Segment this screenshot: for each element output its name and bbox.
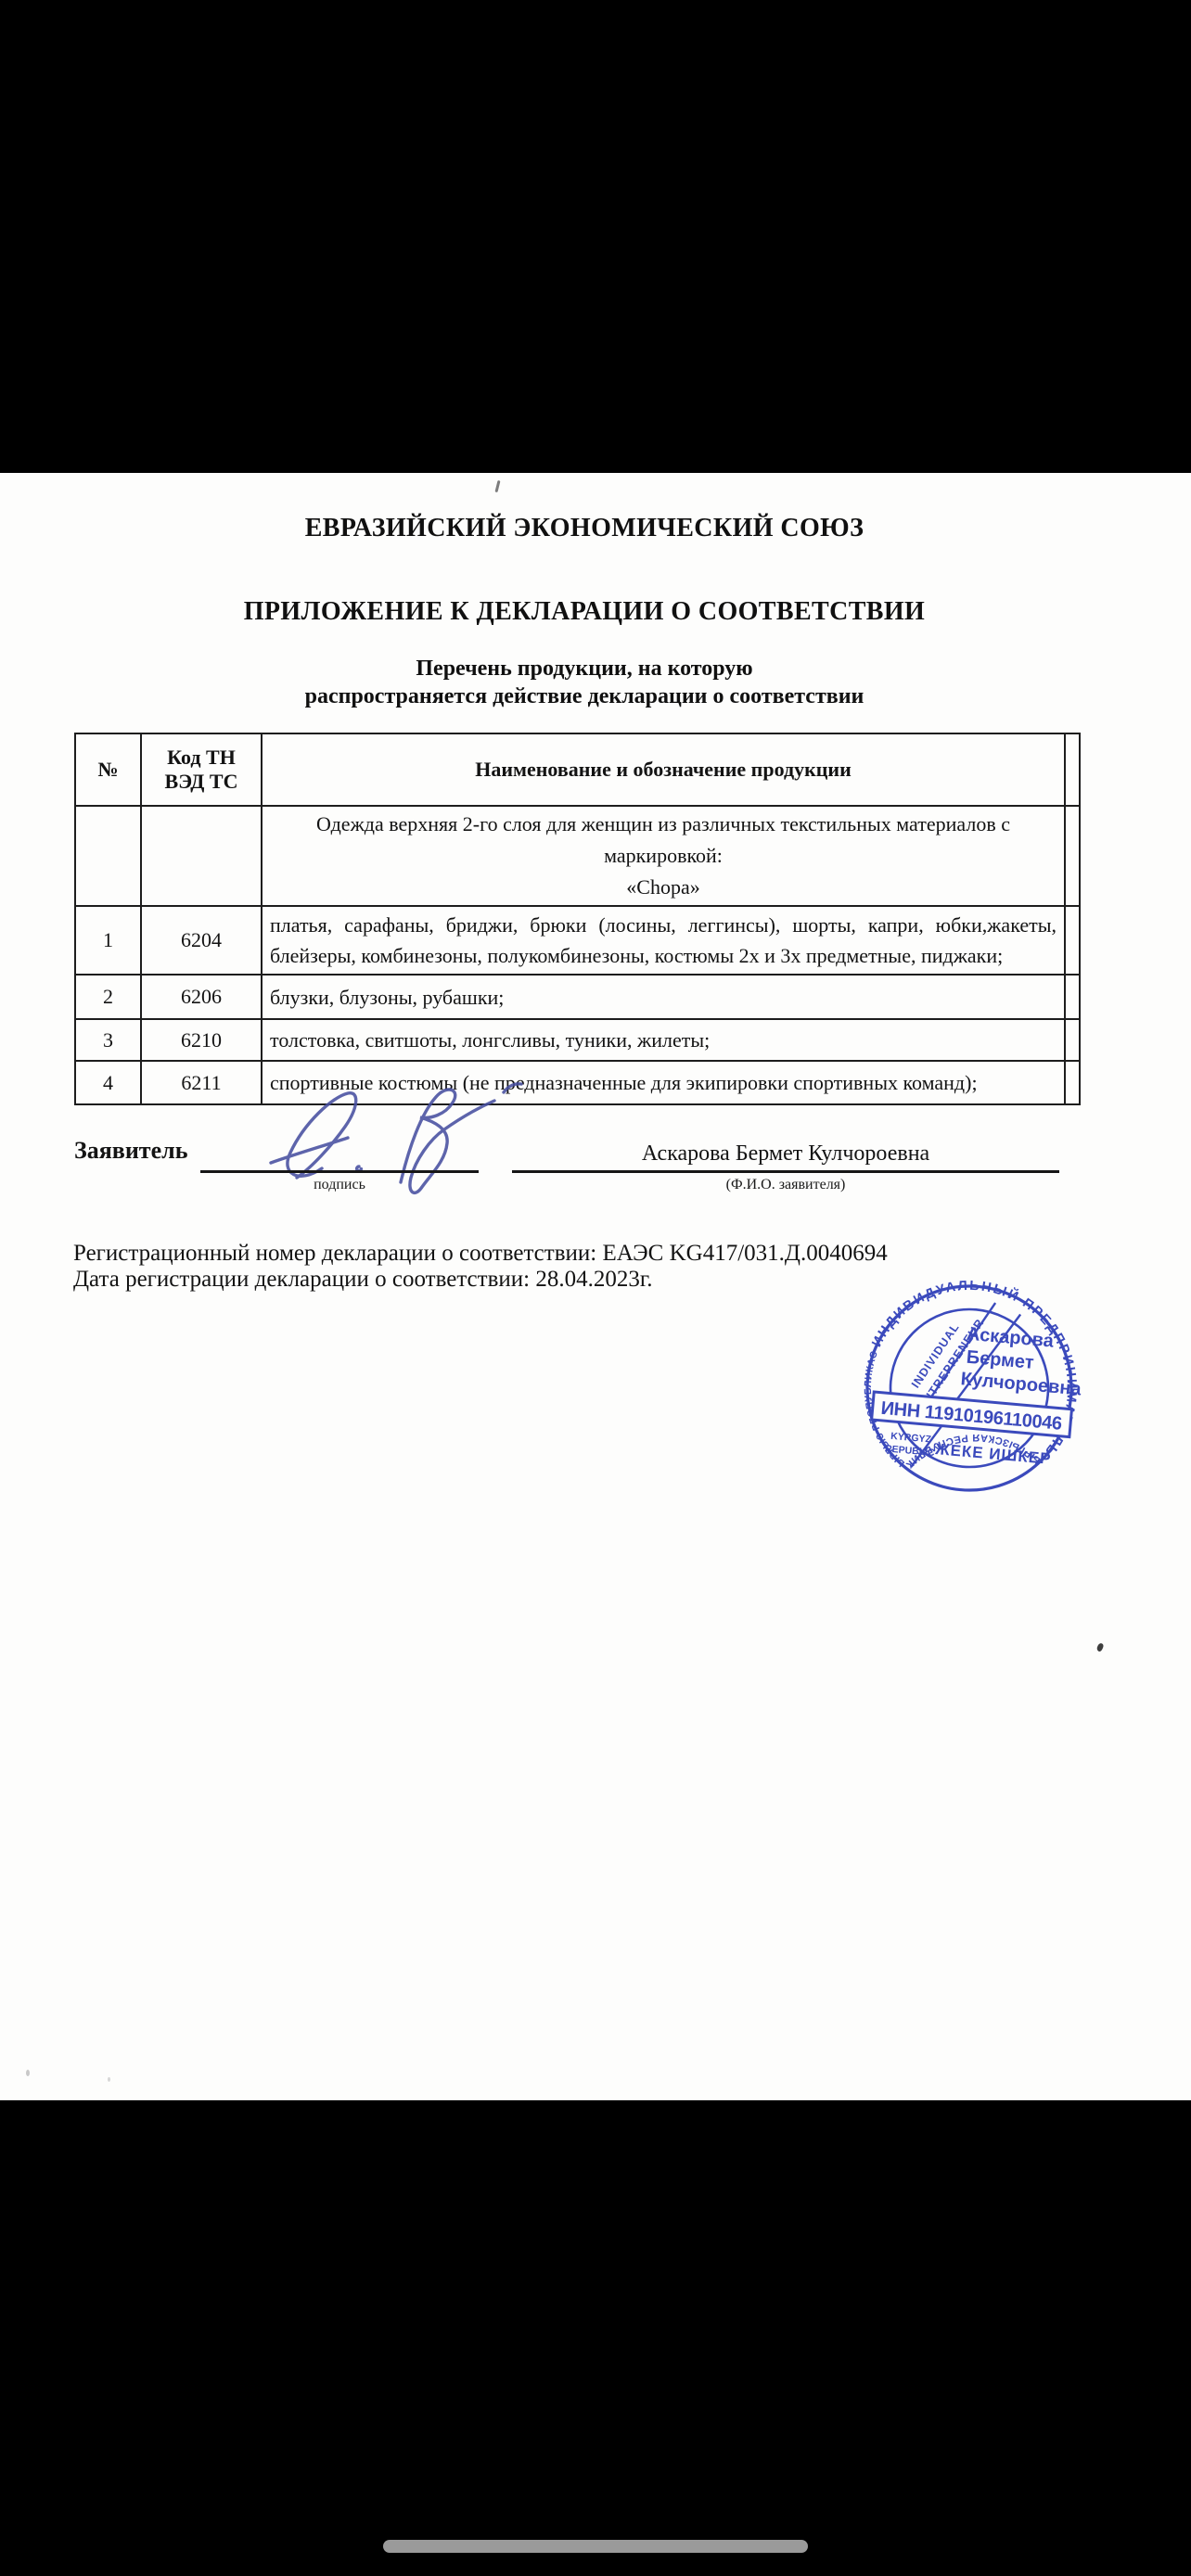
header-ghost-cell (1065, 733, 1080, 806)
registration-date-line: Дата регистрации декларации о соответств… (73, 1267, 653, 1293)
home-indicator[interactable] (383, 2540, 808, 2553)
applicant-name: Аскарова Бермет Кулчороевна (512, 1141, 1059, 1167)
header-cell-name: Наименование и обозначение продукции (262, 733, 1065, 806)
header-cell-code: Код ТН ВЭД ТС (141, 733, 262, 806)
registration-number-line: Регистрационный номер декларации о соотв… (73, 1241, 888, 1267)
row-number: 3 (75, 1019, 141, 1061)
table-header-row: № Код ТН ВЭД ТС Наименование и обозначен… (75, 733, 1080, 806)
header-code-line2: ВЭД ТС (149, 770, 253, 794)
row-code: 6210 (141, 1019, 262, 1061)
subtitle-line1: Перечень продукции, на которую (0, 655, 1169, 682)
marking-ghost-cell (1065, 806, 1080, 906)
header-code-line1: Код ТН (149, 746, 253, 770)
marking-empty-cell-2 (141, 806, 262, 906)
signature-line (200, 1170, 479, 1173)
table-row: 1 6204 платья, сарафаны, бриджи, брюки (… (75, 906, 1080, 975)
table-marking-row: Одежда верхняя 2-го слоя для женщин из р… (75, 806, 1080, 906)
scan-artifact-faint-dot (26, 2070, 30, 2076)
document-subtitle: Перечень продукции, на которую распростр… (0, 655, 1169, 710)
phone-screenshot: ЕВРАЗИЙСКИЙ ЭКОНОМИЧЕСКИЙ СОЮЗ ПРИЛОЖЕНИ… (0, 0, 1191, 2576)
table-row: 4 6211 спортивные костюмы (не предназнач… (75, 1061, 1080, 1104)
header-cell-number: № (75, 733, 141, 806)
row-code: 6204 (141, 906, 262, 975)
subtitle-line2: распространяется действие декларации о с… (0, 682, 1169, 710)
row-extra-cell (1065, 975, 1080, 1019)
scan-artifact-faint-dot (108, 2077, 110, 2082)
row-extra-cell (1065, 1019, 1080, 1061)
table-row: 2 6206 блузки, блузоны, рубашки; (75, 975, 1080, 1019)
document-page: ЕВРАЗИЙСКИЙ ЭКОНОМИЧЕСКИЙ СОЮЗ ПРИЛОЖЕНИ… (0, 473, 1191, 2100)
row-code: 6206 (141, 975, 262, 1019)
row-products: блузки, блузоны, рубашки; (262, 975, 1065, 1019)
round-blue-stamp: ИНДИВИДУАЛЬНЫЙ ПРЕДПРИНИМАТЕЛЬ КЫРГЫЗ РЕ… (839, 1258, 1099, 1518)
row-number: 2 (75, 975, 141, 1019)
name-caption: (Ф.И.О. заявителя) (512, 1177, 1059, 1193)
marking-text-cell: Одежда верхняя 2-го слоя для женщин из р… (262, 806, 1065, 906)
table-row: 3 6210 толстовка, свитшоты, лонгсливы, т… (75, 1019, 1080, 1061)
marking-line1: Одежда верхняя 2-го слоя для женщин из р… (270, 809, 1057, 872)
applicant-label: Заявитель (74, 1137, 187, 1165)
marking-empty-cell-1 (75, 806, 141, 906)
row-products: платья, сарафаны, бриджи, брюки (лосины,… (262, 906, 1065, 975)
stamp-kyrgyz-en-line1: KYRGYZ (890, 1431, 932, 1446)
row-extra-cell (1065, 906, 1080, 975)
name-line (512, 1170, 1059, 1173)
row-extra-cell (1065, 1061, 1080, 1104)
row-products: толстовка, свитшоты, лонгсливы, туники, … (262, 1019, 1065, 1061)
marking-line2: «Chopa» (270, 872, 1057, 903)
signature-caption: подпись (200, 1177, 479, 1193)
row-number: 4 (75, 1061, 141, 1104)
document-title-line1: ЕВРАЗИЙСКИЙ ЭКОНОМИЧЕСКИЙ СОЮЗ (0, 514, 1169, 543)
scan-artifact-mark (494, 480, 500, 492)
products-table: № Код ТН ВЭД ТС Наименование и обозначен… (74, 733, 1081, 1105)
scan-artifact-speck (1095, 1642, 1105, 1652)
row-number: 1 (75, 906, 141, 975)
document-title-line2: ПРИЛОЖЕНИЕ К ДЕКЛАРАЦИИ О СООТВЕТСТВИИ (0, 597, 1169, 627)
